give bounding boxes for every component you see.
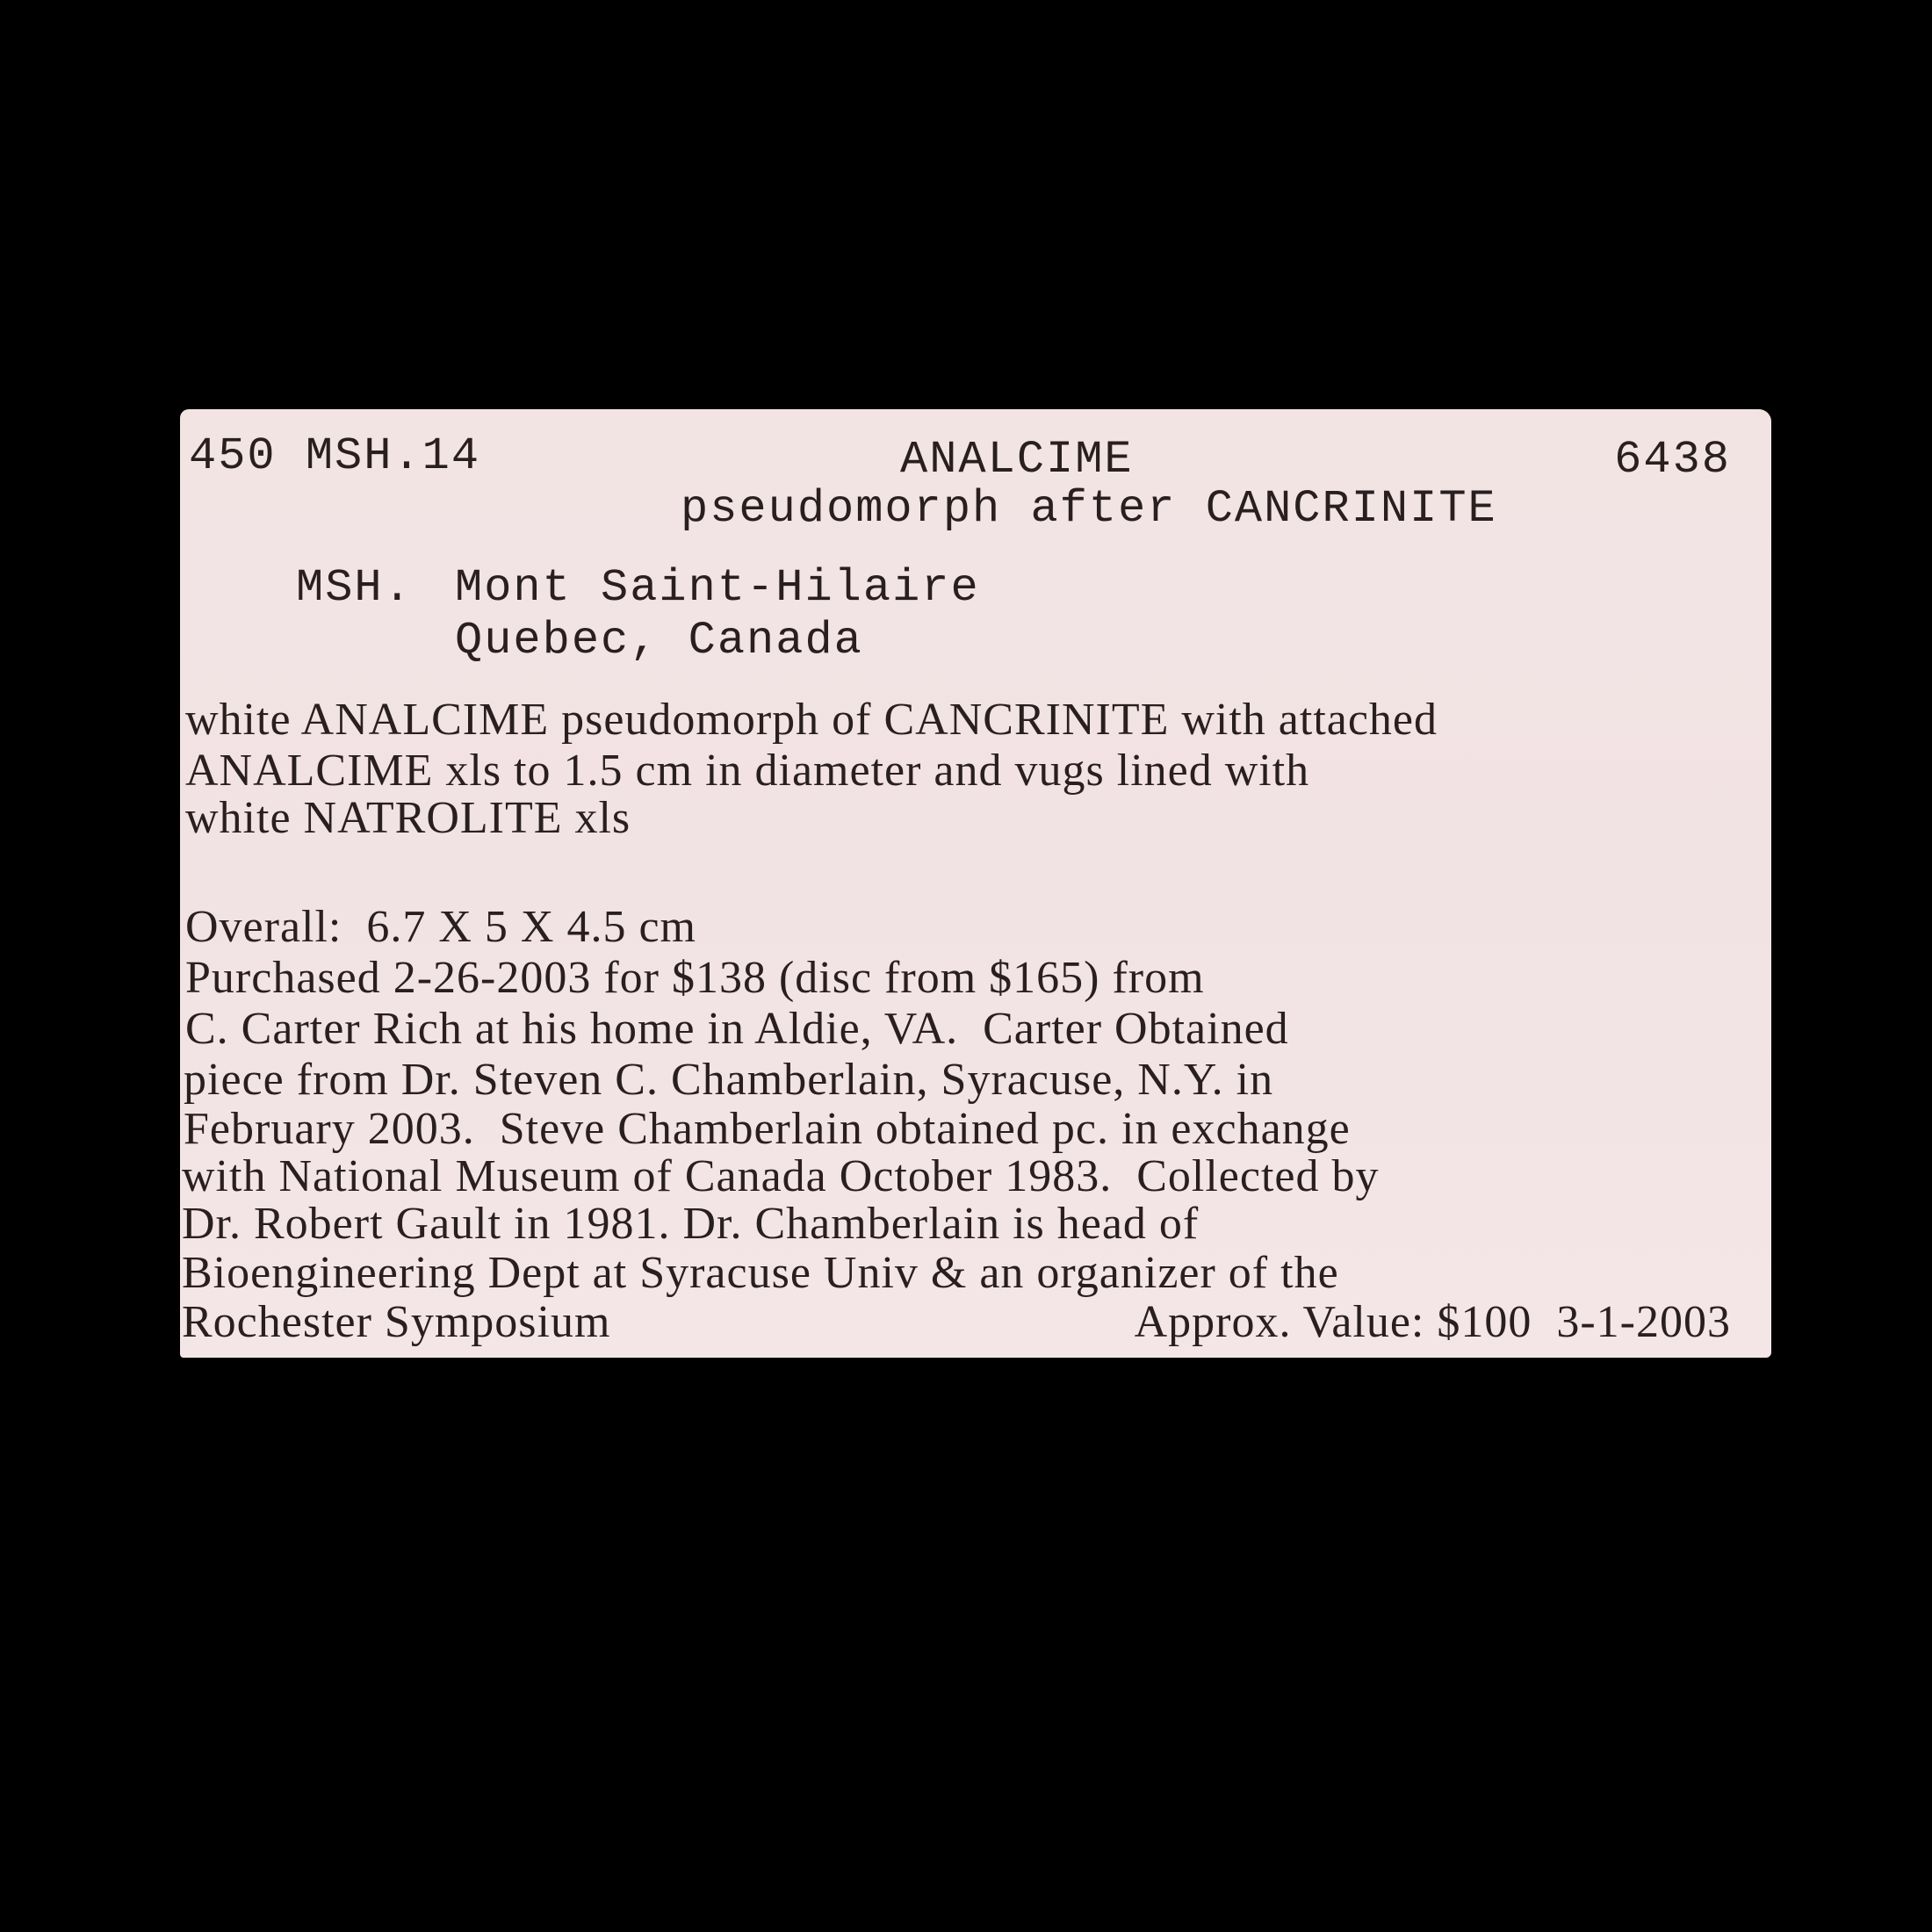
description-line: white ANALCIME pseudomorph of CANCRINITE… (185, 697, 1438, 743)
locality-line-1: Mont Saint-Hilaire (455, 566, 980, 611)
approx-value: Approx. Value: $100 3-1-2003 (1135, 1300, 1731, 1345)
mineral-subtitle: pseudomorph after CANCRINITE (681, 487, 1497, 532)
catalog-code: 450 MSH.14 (189, 434, 480, 479)
specimen-number: 6438 (1614, 437, 1731, 483)
provenance-line: Dr. Robert Gault in 1981. Dr. Chamberlai… (182, 1201, 1199, 1247)
locality-line-2: Quebec, Canada (455, 618, 863, 664)
provenance-line: Rochester Symposium (182, 1300, 610, 1345)
provenance-line: C. Carter Rich at his home in Aldie, VA.… (185, 1006, 1289, 1052)
description-line: white NATROLITE xls (185, 796, 631, 841)
provenance-line: piece from Dr. Steven C. Chamberlain, Sy… (184, 1057, 1273, 1103)
provenance-line: Bioengineering Dept at Syracuse Univ & a… (182, 1251, 1339, 1296)
description-line: ANALCIME xls to 1.5 cm in diameter and v… (185, 748, 1309, 794)
specimen-label-card: 450 MSH.14 ANALCIME 6438 pseudomorph aft… (180, 409, 1771, 1358)
provenance-line: February 2003. Steve Chamberlain obtaine… (184, 1107, 1351, 1152)
mineral-name: ANALCIME (900, 437, 1134, 483)
locality-code: MSH. (296, 566, 413, 611)
provenance-line: Purchased 2-26-2003 for $138 (disc from … (185, 955, 1205, 1001)
dimensions-line: Overall: 6.7 X 5 X 4.5 cm (185, 905, 696, 950)
provenance-line: with National Museum of Canada October 1… (182, 1154, 1379, 1200)
